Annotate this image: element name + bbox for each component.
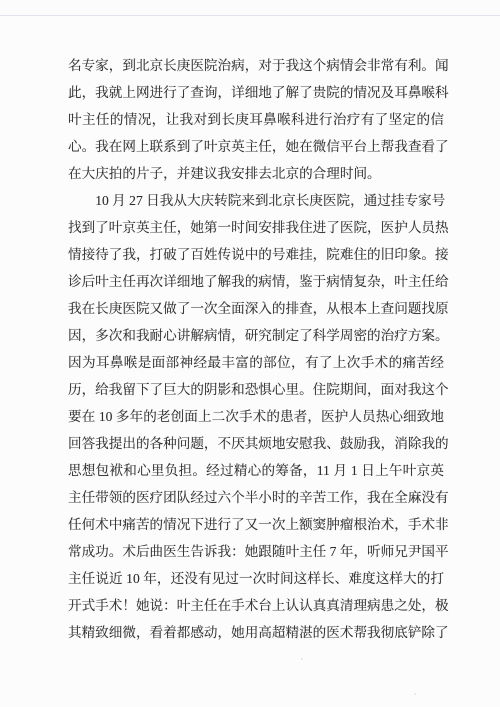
- text-line: 开式手术！她说：叶主任在手术台上认认真真清理病患之处，极: [68, 592, 444, 619]
- text-line: 10 月 27 日我从大庆转院来到北京长庚医院，通过挂专家号: [68, 187, 444, 214]
- text-line: 情接待了我，打破了百姓传说中的号难挂，院难住的旧印象。接: [68, 241, 444, 268]
- text-line: 因，多次和我耐心讲解病情，研究制定了科学周密的治疗方案。: [68, 322, 444, 349]
- text-line: 诊后叶主任再次详细地了解我的病情，鉴于病情复杂，叶主任给: [68, 268, 444, 295]
- text-line: 因为耳鼻喉是面部神经最丰富的部位，有了上次手术的痛苦经: [68, 349, 444, 376]
- text-line: 名专家，到北京长庚医院治病，对于我这个病情会非常有利。闻: [68, 52, 444, 79]
- text-line: 任何术中痛苦的情况下进行了又一次上额窦肿瘤根治术，手术非: [68, 511, 444, 538]
- letter-body: 名专家，到北京长庚医院治病，对于我这个病情会非常有利。闻此，我就上网进行了查询，…: [68, 52, 444, 646]
- text-line: 找到了叶京英主任，她第一时间安排我住进了医院，医护人员热: [68, 214, 444, 241]
- text-line: 历，给我留下了巨大的阴影和恐惧心里。住院期间，面对我这个: [68, 376, 444, 403]
- text-line: 在大庆拍的片子，并建议我安排去北京的合理时间。: [68, 160, 444, 187]
- text-line: 要在 10 多年的老创面上二次手术的患者，医护人员热心细致地: [68, 403, 444, 430]
- scan-speck: [414, 693, 416, 695]
- text-line: 叶主任的情况，让我对到长庚耳鼻喉科进行治疗有了坚定的信: [68, 106, 444, 133]
- text-line: 回答我提出的各种问题，不厌其烦地安慰我、鼓励我，消除我的: [68, 430, 444, 457]
- text-line: 此，我就上网进行了查询，详细地了解了贵院的情况及耳鼻喉科: [68, 79, 444, 106]
- document-page: 名专家，到北京长庚医院治病，对于我这个病情会非常有利。闻此，我就上网进行了查询，…: [0, 0, 500, 707]
- text-line: 心。我在网上联系到了叶京英主任，她在微信平台上帮我查看了: [68, 133, 444, 160]
- text-line: 主任带领的医疗团队经过六个半小时的辛苦工作，我在全麻没有: [68, 484, 444, 511]
- scan-artifact-line: [0, 15, 500, 16]
- text-line: 我在长庚医院又做了一次全面深入的排查，从根本上查问题找原: [68, 295, 444, 322]
- text-line: 思想包袱和心里负担。经过精心的筹备，11 月 1 日上午叶京英: [68, 457, 444, 484]
- text-line: 常成功。术后曲医生告诉我：她跟随叶主任 7 年，听师兄尹国平: [68, 538, 444, 565]
- text-line: 主任说近 10 年，还没有见过一次时间这样长、难度这样大的打: [68, 565, 444, 592]
- scan-speck: [301, 658, 303, 660]
- text-line: 其精致细微，看着都感动，她用高超精湛的医术帮我彻底铲除了: [68, 619, 444, 646]
